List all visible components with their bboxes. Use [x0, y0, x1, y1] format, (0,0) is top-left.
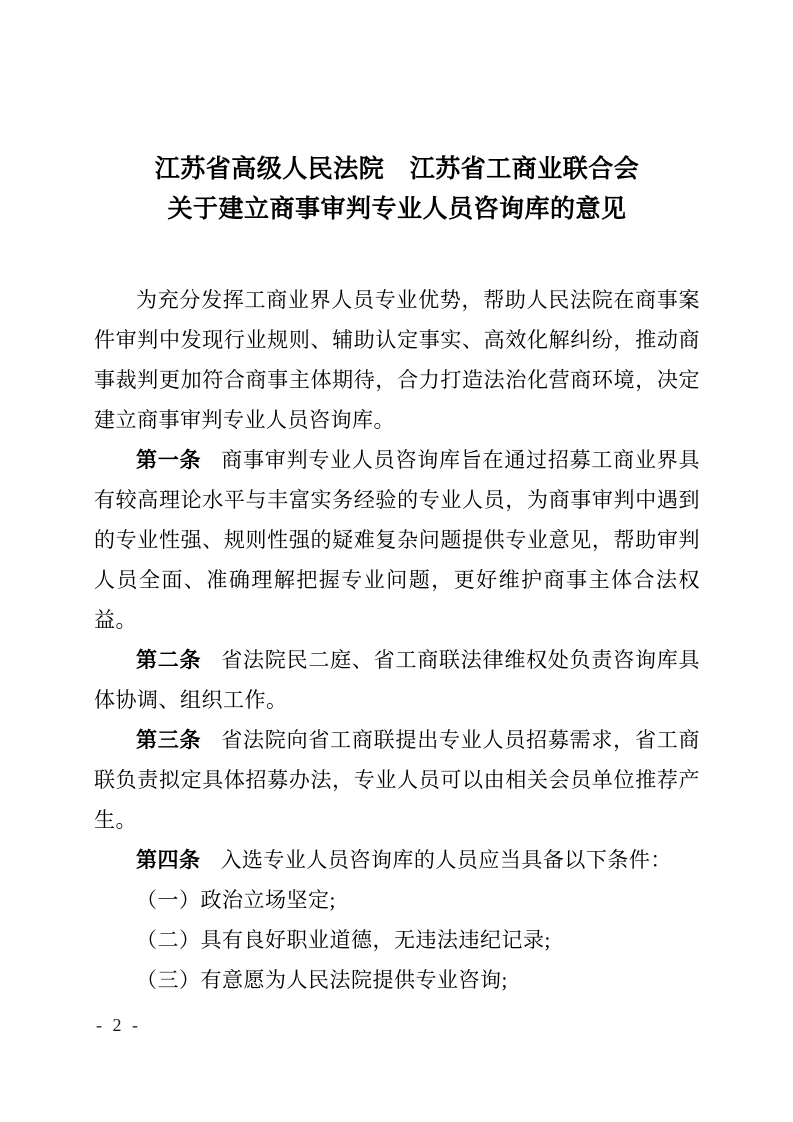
condition-item-3: （三）有意愿为人民法院提供专业咨询; — [94, 960, 700, 1000]
article-3-paragraph: 第三条省法院向省工商联提出专业人员招募需求，省工商联负责拟定具体招募办法，专业人… — [94, 720, 700, 840]
article-1-paragraph: 第一条商事审判专业人员咨询库旨在通过招募工商业界具有较高理论水平与丰富实务经验的… — [94, 440, 700, 640]
article-1-text: 商事审判专业人员咨询库旨在通过招募工商业界具有较高理论水平与丰富实务经验的专业人… — [94, 448, 700, 632]
document-title: 江苏省高级人民法院 江苏省工商业联合会 关于建立商事审判专业人员咨询库的意见 — [94, 150, 700, 230]
document-page: 江苏省高级人民法院 江苏省工商业联合会 关于建立商事审判专业人员咨询库的意见 为… — [0, 0, 793, 1122]
document-body: 为充分发挥工商业界人员专业优势，帮助人民法院在商事案件审判中发现行业规则、辅助认… — [94, 280, 700, 1000]
article-3-label: 第三条 — [136, 728, 201, 752]
article-4-text: 入选专业人员咨询库的人员应当具备以下条件： — [220, 848, 672, 872]
article-4-label: 第四条 — [136, 848, 201, 872]
document-title-line-1: 江苏省高级人民法院 江苏省工商业联合会 — [94, 150, 700, 190]
document-title-line-2: 关于建立商事审判专业人员咨询库的意见 — [94, 190, 700, 230]
article-1-label: 第一条 — [136, 448, 201, 472]
condition-item-2: （二）具有良好职业道德，无违法违纪记录; — [94, 920, 700, 960]
article-4-paragraph: 第四条入选专业人员咨询库的人员应当具备以下条件： — [94, 840, 700, 880]
page-number: - 2 - — [96, 1013, 141, 1037]
condition-item-1: （一）政治立场坚定; — [94, 880, 700, 920]
article-2-label: 第二条 — [136, 648, 201, 672]
intro-paragraph: 为充分发挥工商业界人员专业优势，帮助人民法院在商事案件审判中发现行业规则、辅助认… — [94, 280, 700, 440]
article-2-paragraph: 第二条省法院民二庭、省工商联法律维权处负责咨询库具体协调、组织工作。 — [94, 640, 700, 720]
